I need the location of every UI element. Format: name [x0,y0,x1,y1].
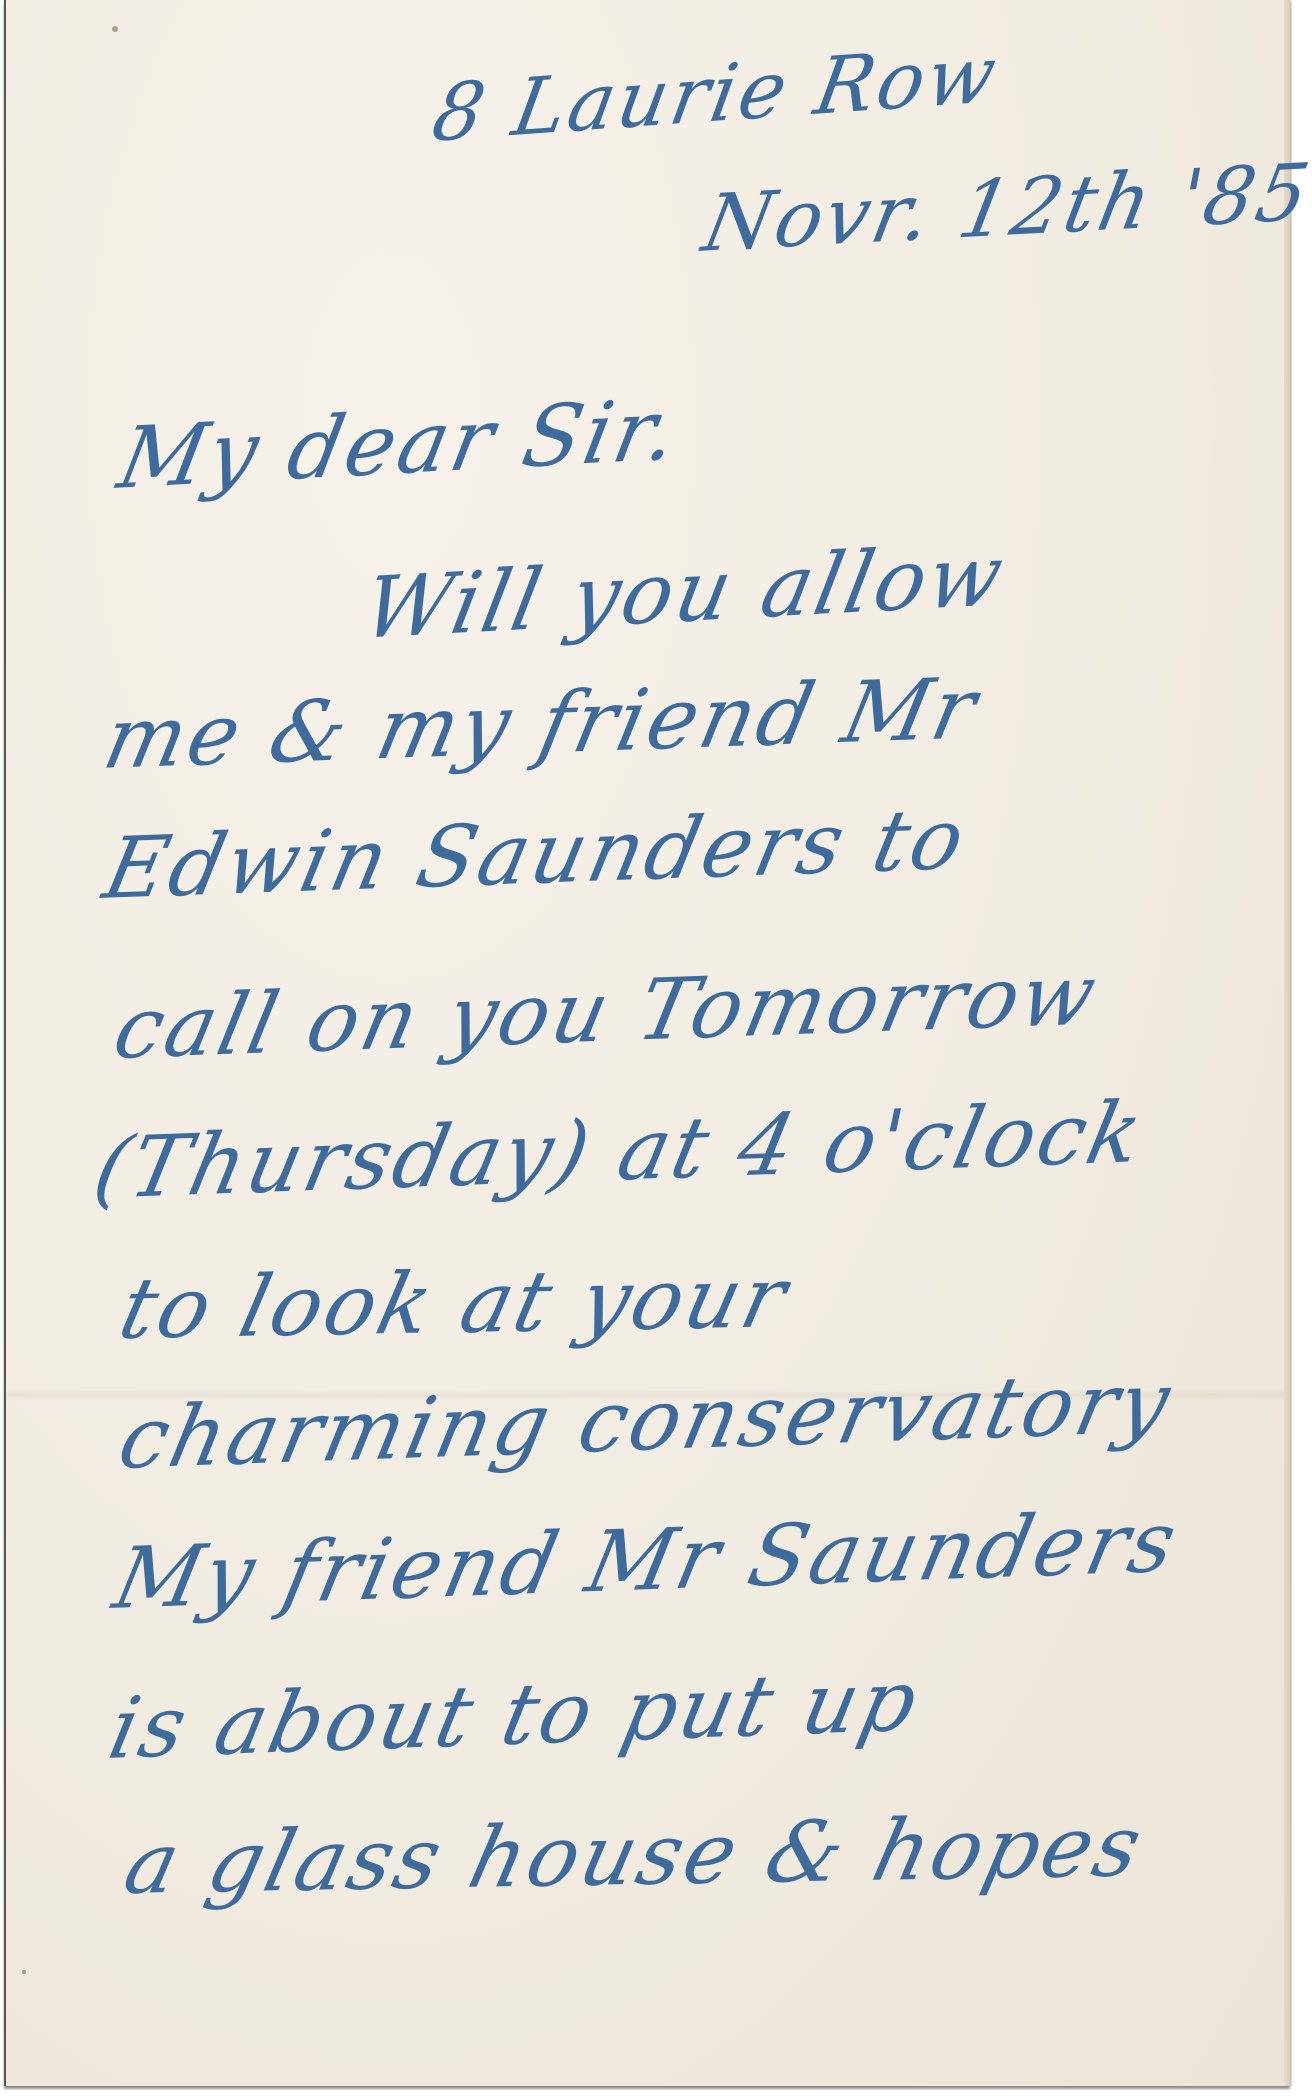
letter-address: 8 Laurie Row [426,29,1005,160]
letter-body-line: is about to put up [101,1651,928,1778]
letter-date: Novr. 12th '85 [696,147,1312,270]
letter-body-line: call on you Tomorrow [106,945,1107,1078]
paper-stain [112,26,118,32]
letter-body-line: to look at your [111,1248,798,1358]
letter-page: 8 Laurie Row Novr. 12th '85 My dear Sir.… [4,0,1290,2086]
letter-body-line: (Thursday) at 4 o'clock [86,1083,1153,1218]
letter-body-line: me & my friend Mr [96,659,987,788]
letter-body-line: My friend Mr Saunders [106,1492,1187,1628]
paper-stain [22,1970,26,1974]
letter-body-line: a glass house & hopes [116,1797,1153,1913]
letter-body-line: Will you allow [356,525,1014,658]
letter-body-line: charming conservatory [111,1353,1181,1488]
paper-right-edge [1284,0,1290,2086]
letter-salutation: My dear Sir. [111,380,688,508]
letter-body-line: Edwin Saunders to [96,789,976,918]
